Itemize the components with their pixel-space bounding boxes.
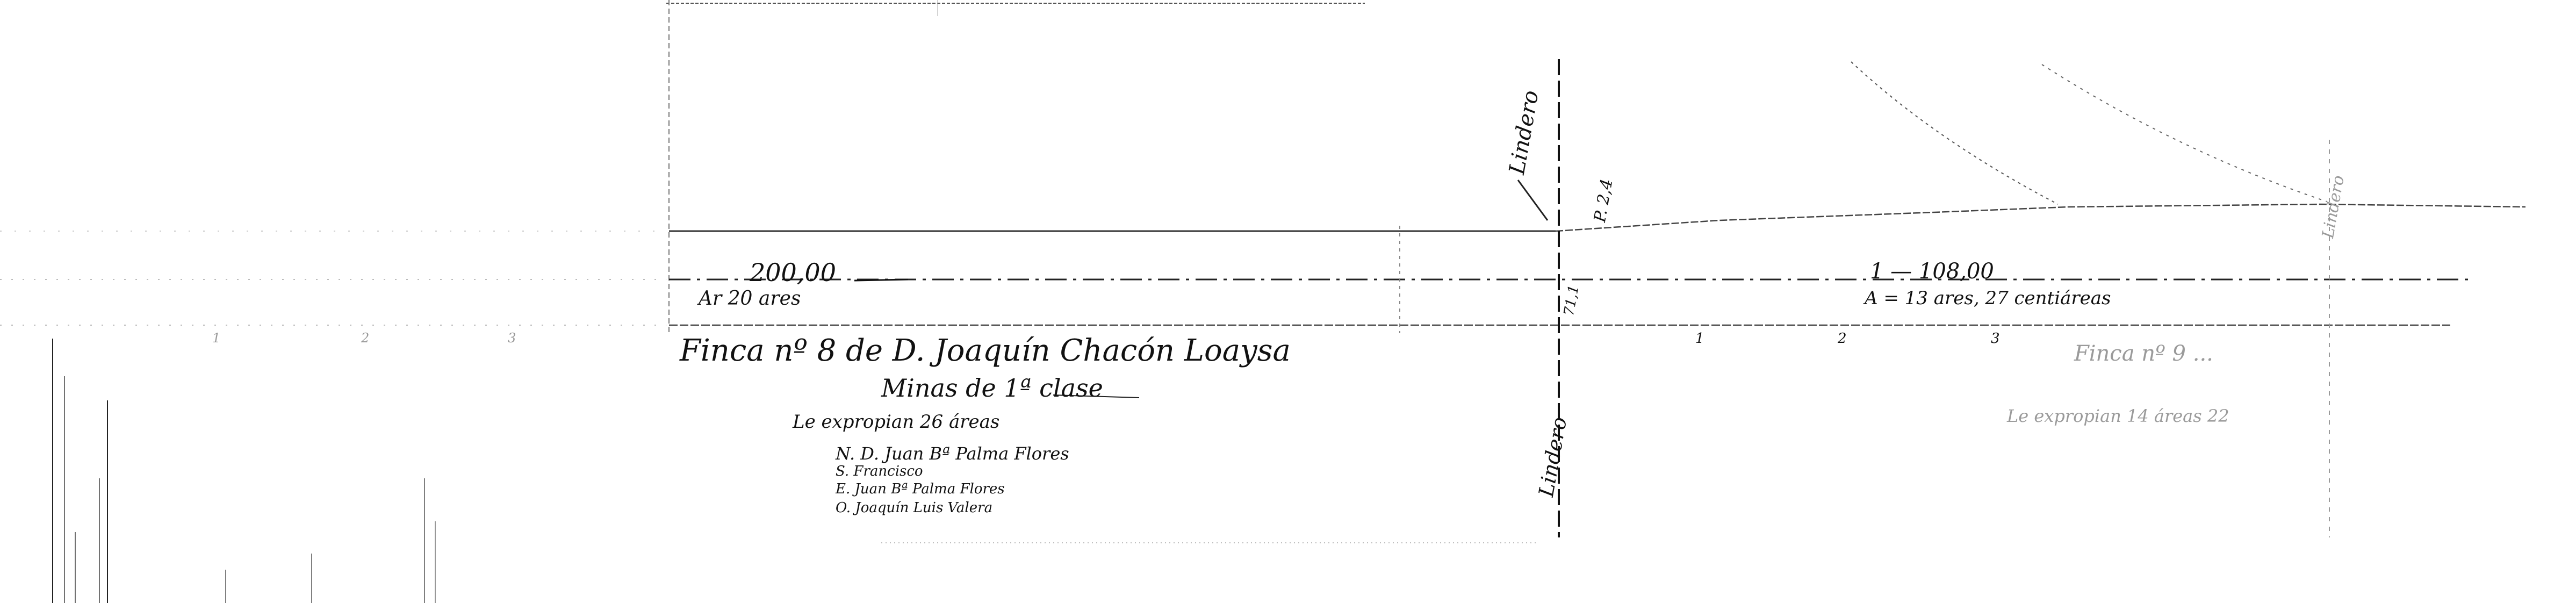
- ground-line-right-upper: [1556, 204, 2525, 231]
- survey-plan-drawing: [0, 0, 2576, 603]
- left-top-value: 200,00: [750, 258, 836, 287]
- left-expropiation-note: Le expropian 26 áreas: [793, 411, 999, 433]
- left-parcel-title: Finca nº 8 de D. Joaquín Chacón Loaysa: [680, 333, 1291, 368]
- curve-left: [1851, 62, 2058, 204]
- right-top-value: 1 — 108,00: [1870, 259, 1994, 284]
- scale-tick-right-1: 1: [1695, 331, 1704, 347]
- left-owner-south: S. Francisco: [836, 463, 923, 479]
- right-parcel-title: Finca nº 9 ...: [2074, 341, 2213, 366]
- left-area-value: Ar 20 ares: [699, 288, 801, 310]
- left-parcel-subtitle: Minas de 1ª clase: [881, 374, 1103, 403]
- left-owner-east: E. Juan Bª Palma Flores: [836, 481, 1005, 497]
- scale-tick-right-3: 3: [1991, 331, 2000, 347]
- scale-tick-left-3: 3: [508, 331, 516, 346]
- left-owner-west: O. Joaquín Luis Valera: [836, 500, 992, 516]
- scale-tick-right-2: 2: [1838, 331, 1847, 347]
- scale-tick-left-1: 1: [212, 331, 220, 346]
- scale-tick-left-2: 2: [361, 331, 369, 346]
- right-expropiation-note: Le expropian 14 áreas 22: [2007, 406, 2229, 426]
- curve-right: [2042, 64, 2327, 202]
- left-owner-north: N. D. Juan Bª Palma Flores: [836, 443, 1069, 464]
- right-area-value: A = 13 ares, 27 centiáreas: [1865, 288, 2111, 309]
